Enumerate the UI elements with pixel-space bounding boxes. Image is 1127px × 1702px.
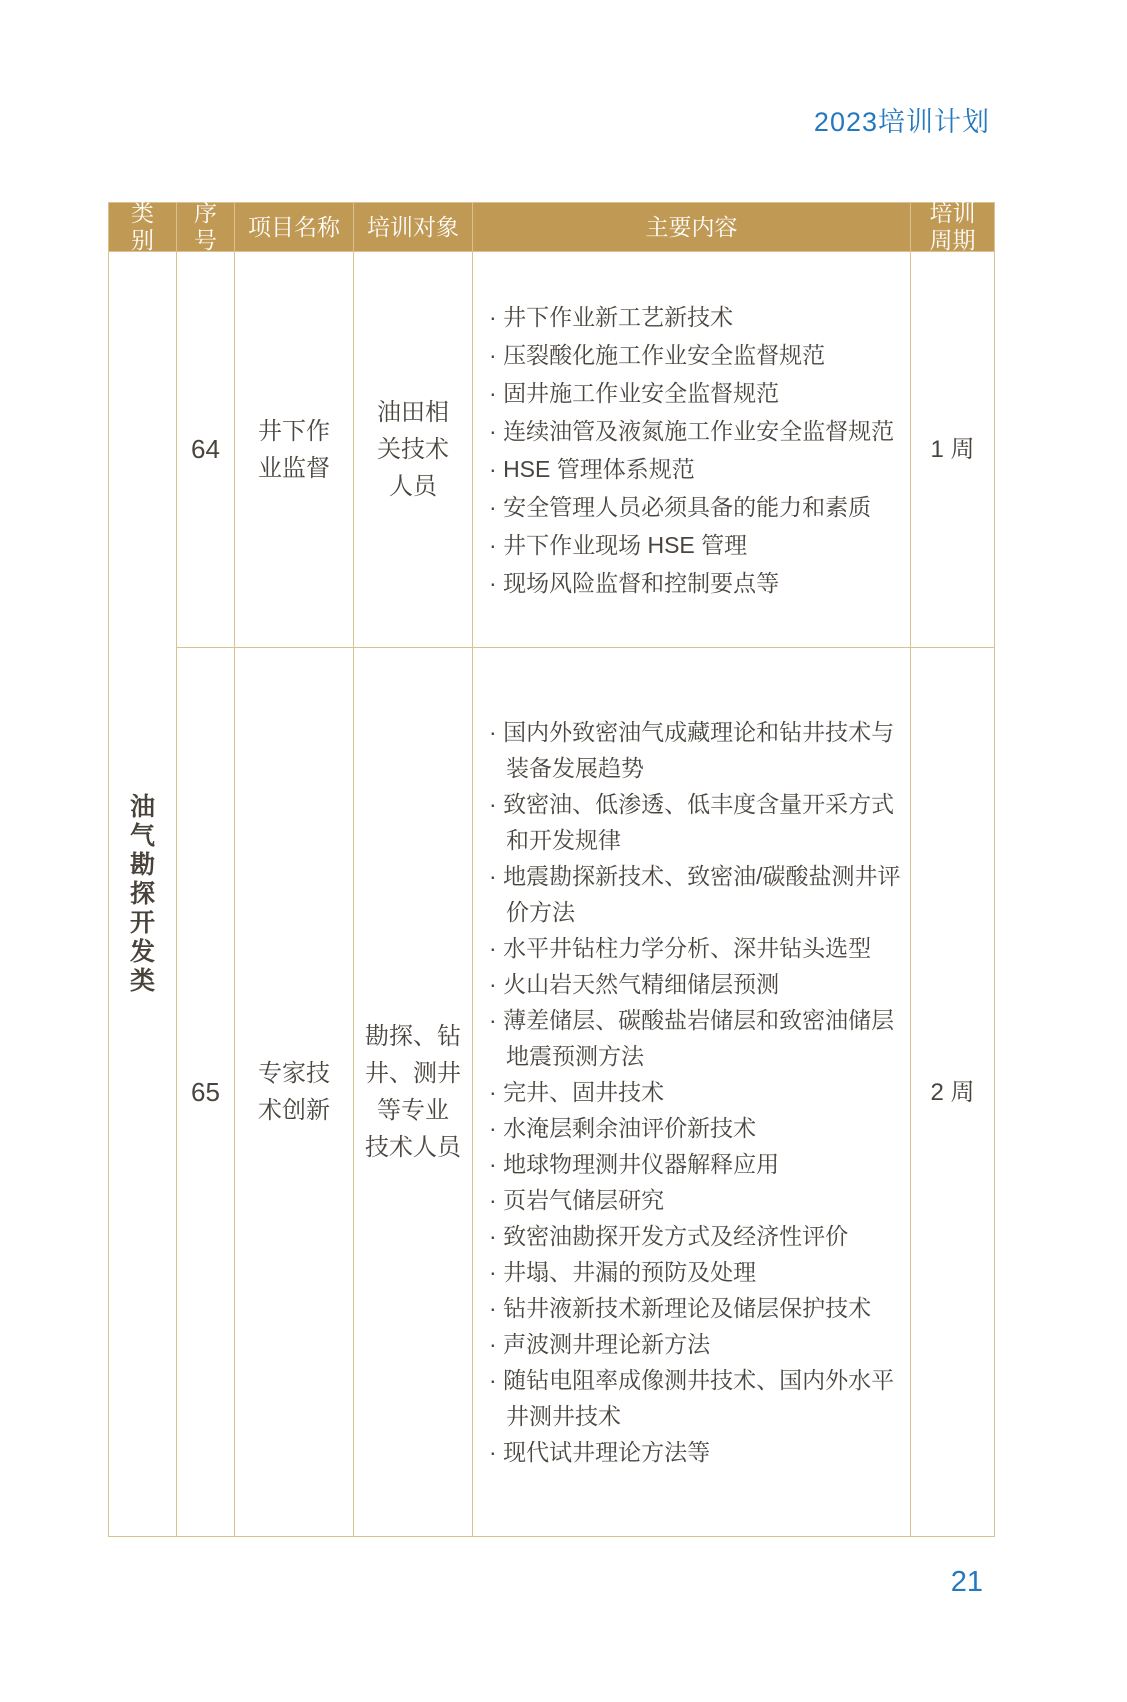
- bullet-item: 井下作业新工艺新技术: [489, 298, 906, 336]
- bullet-item: 致密油、低渗透、低丰度含量开采方式 和开发规律: [489, 786, 906, 858]
- bullet-item: 地球物理测井仪器解释应用: [489, 1146, 906, 1182]
- bullet-item: 连续油管及液氮施工作业安全监督规范: [489, 412, 906, 450]
- header-number: 序号: [177, 203, 234, 251]
- bullet-item: 国内外致密油气成藏理论和钻井技术与 装备发展趋势: [489, 714, 906, 786]
- row65-project: 专家技 术创新: [235, 648, 353, 1536]
- doc-header-title: 2023培训计划: [814, 100, 990, 139]
- header-target: 培训对象: [354, 203, 472, 251]
- row64-project: 井下作 业监督: [235, 252, 353, 647]
- row65-content: 国内外致密油气成藏理论和钻井技术与 装备发展趋势 致密油、低渗透、低丰度含量开采…: [473, 648, 910, 1536]
- bullet-item: 随钻电阻率成像测井技术、国内外水平 井测井技术: [489, 1362, 906, 1434]
- bullet-item: 完井、固井技术: [489, 1074, 906, 1110]
- header-project: 项目名称: [235, 203, 353, 251]
- bullet-item: 钻井液新技术新理论及储层保护技术: [489, 1290, 906, 1326]
- bullet-item: 声波测井理论新方法: [489, 1326, 906, 1362]
- row65-bullet-list: 国内外致密油气成藏理论和钻井技术与 装备发展趋势 致密油、低渗透、低丰度含量开采…: [489, 714, 906, 1470]
- row65-period: 2 周: [911, 648, 994, 1536]
- page-number: 21: [951, 1566, 983, 1599]
- bullet-item: 薄差储层、碳酸盐岩储层和致密油储层 地震预测方法: [489, 1002, 906, 1074]
- row64-content: 井下作业新工艺新技术 压裂酸化施工作业安全监督规范 固井施工作业安全监督规范 连…: [473, 252, 910, 647]
- header-content: 主要内容: [473, 203, 910, 251]
- bullet-item: HSE 管理体系规范: [489, 450, 906, 488]
- bullet-item: 井下作业现场 HSE 管理: [489, 526, 906, 564]
- bullet-item: 压裂酸化施工作业安全监督规范: [489, 336, 906, 374]
- training-plan-table: 类别 序号 项目名称 培训对象 主要内容 培训周期 油气勘探开发类 64 井下作…: [108, 202, 995, 1537]
- row64-target: 油田相 关技术 人员: [354, 252, 472, 647]
- bullet-item: 地震勘探新技术、致密油/碳酸盐测井评 价方法: [489, 858, 906, 930]
- row65-number: 65: [177, 648, 234, 1536]
- bullet-item: 安全管理人员必须具备的能力和素质: [489, 488, 906, 526]
- bullet-item: 现场风险监督和控制要点等: [489, 564, 906, 602]
- header-category: 类别: [109, 203, 176, 251]
- bullet-item: 井塌、井漏的预防及处理: [489, 1254, 906, 1290]
- bullet-item: 水平井钻柱力学分析、深井钻头选型: [489, 930, 906, 966]
- bullet-item: 水淹层剩余油评价新技术: [489, 1110, 906, 1146]
- row64-period: 1 周: [911, 252, 994, 647]
- document-page: 2023培训计划 类别 序号 项目名称 培训对象 主要内容 培训周期 油气勘探开…: [0, 0, 1127, 1702]
- row64-number: 64: [177, 252, 234, 647]
- category-cell: 油气勘探开发类: [109, 252, 176, 1536]
- row64-bullet-list: 井下作业新工艺新技术 压裂酸化施工作业安全监督规范 固井施工作业安全监督规范 连…: [489, 298, 906, 602]
- bullet-item: 页岩气储层研究: [489, 1182, 906, 1218]
- row65-target: 勘探、钻 井、测井 等专业 技术人员: [354, 648, 472, 1536]
- bullet-item: 现代试井理论方法等: [489, 1434, 906, 1470]
- category-label: 油气勘探开发类: [129, 793, 156, 996]
- header-period: 培训周期: [911, 203, 994, 251]
- bullet-item: 致密油勘探开发方式及经济性评价: [489, 1218, 906, 1254]
- bullet-item: 火山岩天然气精细储层预测: [489, 966, 906, 1002]
- bullet-item: 固井施工作业安全监督规范: [489, 374, 906, 412]
